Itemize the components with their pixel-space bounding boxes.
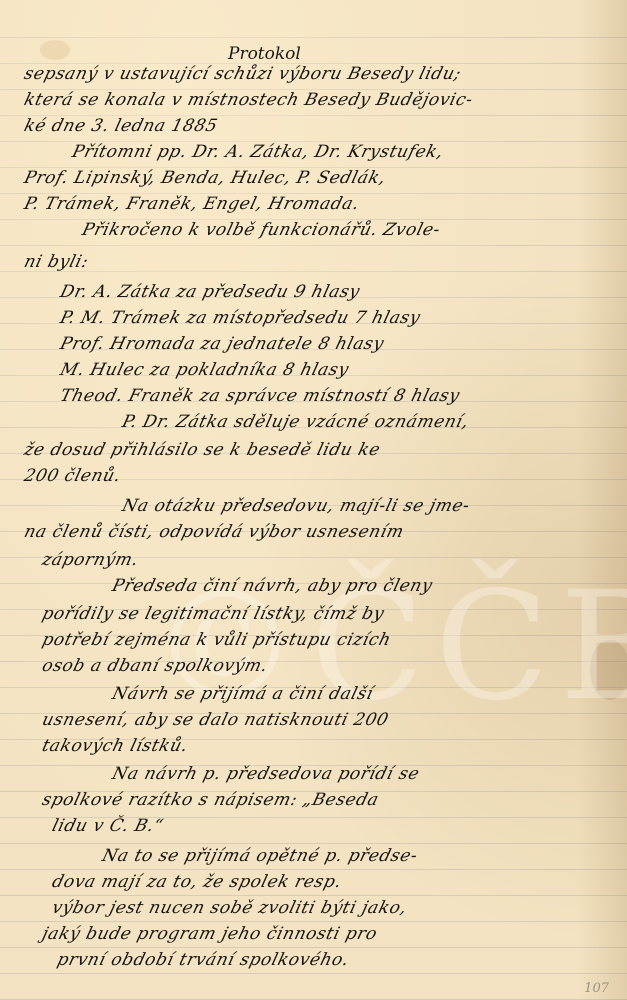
text-line: usnesení, aby se dalo natisknouti 200 (40, 710, 391, 730)
text-line: Na návrh p. předsedova pořídí se (110, 764, 422, 784)
text-line: výbor jest nucen sobě zvoliti býti jako, (50, 898, 409, 918)
text-line: že dosud přihlásilo se k besedě lidu ke (22, 440, 383, 460)
officer-line: Prof. Hromada za jednatele 8 hlasy (58, 334, 386, 354)
officer-line: Dr. A. Zátka za předsedu 9 hlasy (58, 282, 362, 302)
text-line: spolkové razítko s nápisem: „Beseda (40, 790, 381, 810)
text-line: Přítomni pp. Dr. A. Zátka, Dr. Krystufek… (70, 142, 446, 162)
text-line: na členů čísti, odpovídá výbor usnesením (22, 522, 406, 542)
text-line: Prof. Lipinský, Benda, Hulec, P. Sedlák, (22, 168, 388, 188)
text-line: sepsaný v ustavující schůzi výboru Besed… (22, 64, 463, 84)
page-number: 107 (584, 981, 609, 996)
text-line: P. Dr. Zátka sděluje vzácné oznámení, (120, 412, 471, 432)
text-line: dova mají za to, že spolek resp. (50, 872, 344, 892)
text-line: která se konala v místnostech Besedy Bud… (22, 90, 475, 110)
officer-line: M. Hulec za pokladníka 8 hlasy (58, 360, 351, 380)
text-line: Návrh se přijímá a činí další (110, 684, 375, 704)
text-line: záporným. (40, 550, 141, 570)
text-line: Předseda činí návrh, aby pro členy (110, 576, 435, 596)
text-line: ké dne 3. ledna 1885 (22, 116, 220, 136)
text-line: pořídily se legitimační lístky, čímž by (40, 604, 386, 624)
text-line: první období trvání spolkového. (55, 950, 351, 970)
text-line: 200 členů. (22, 466, 123, 486)
text-line: jaký bude program jeho činnosti pro (40, 924, 379, 944)
paper-stain (40, 40, 70, 60)
text-line: takových lístků. (40, 736, 190, 756)
text-line: Přikročeno k volbě funkcionářů. Zvole- (80, 220, 443, 240)
text-line: lidu v Č. B.“ (50, 816, 166, 836)
text-line: P. Trámek, Franěk, Engel, Hromada. (22, 194, 362, 214)
document-title: Protokol (228, 44, 301, 64)
text-line: ni byli: (22, 252, 91, 272)
text-line: potřebí zejména k vůli přístupu cizích (40, 630, 393, 650)
text-line: osob a dbaní spolkovým. (40, 656, 270, 676)
ruled-paper-page: ©ČČB Protokol sepsaný v ustavující schůz… (0, 0, 627, 1000)
officer-line: P. M. Trámek za místopředsedu 7 hlasy (58, 308, 423, 328)
officer-line: Theod. Franěk za správce místností 8 hla… (58, 386, 462, 406)
paper-stain (590, 640, 627, 700)
text-line: Na to se přijímá opětné p. předse- (100, 846, 420, 866)
text-line: Na otázku předsedovu, mají-li se jme- (120, 496, 472, 516)
